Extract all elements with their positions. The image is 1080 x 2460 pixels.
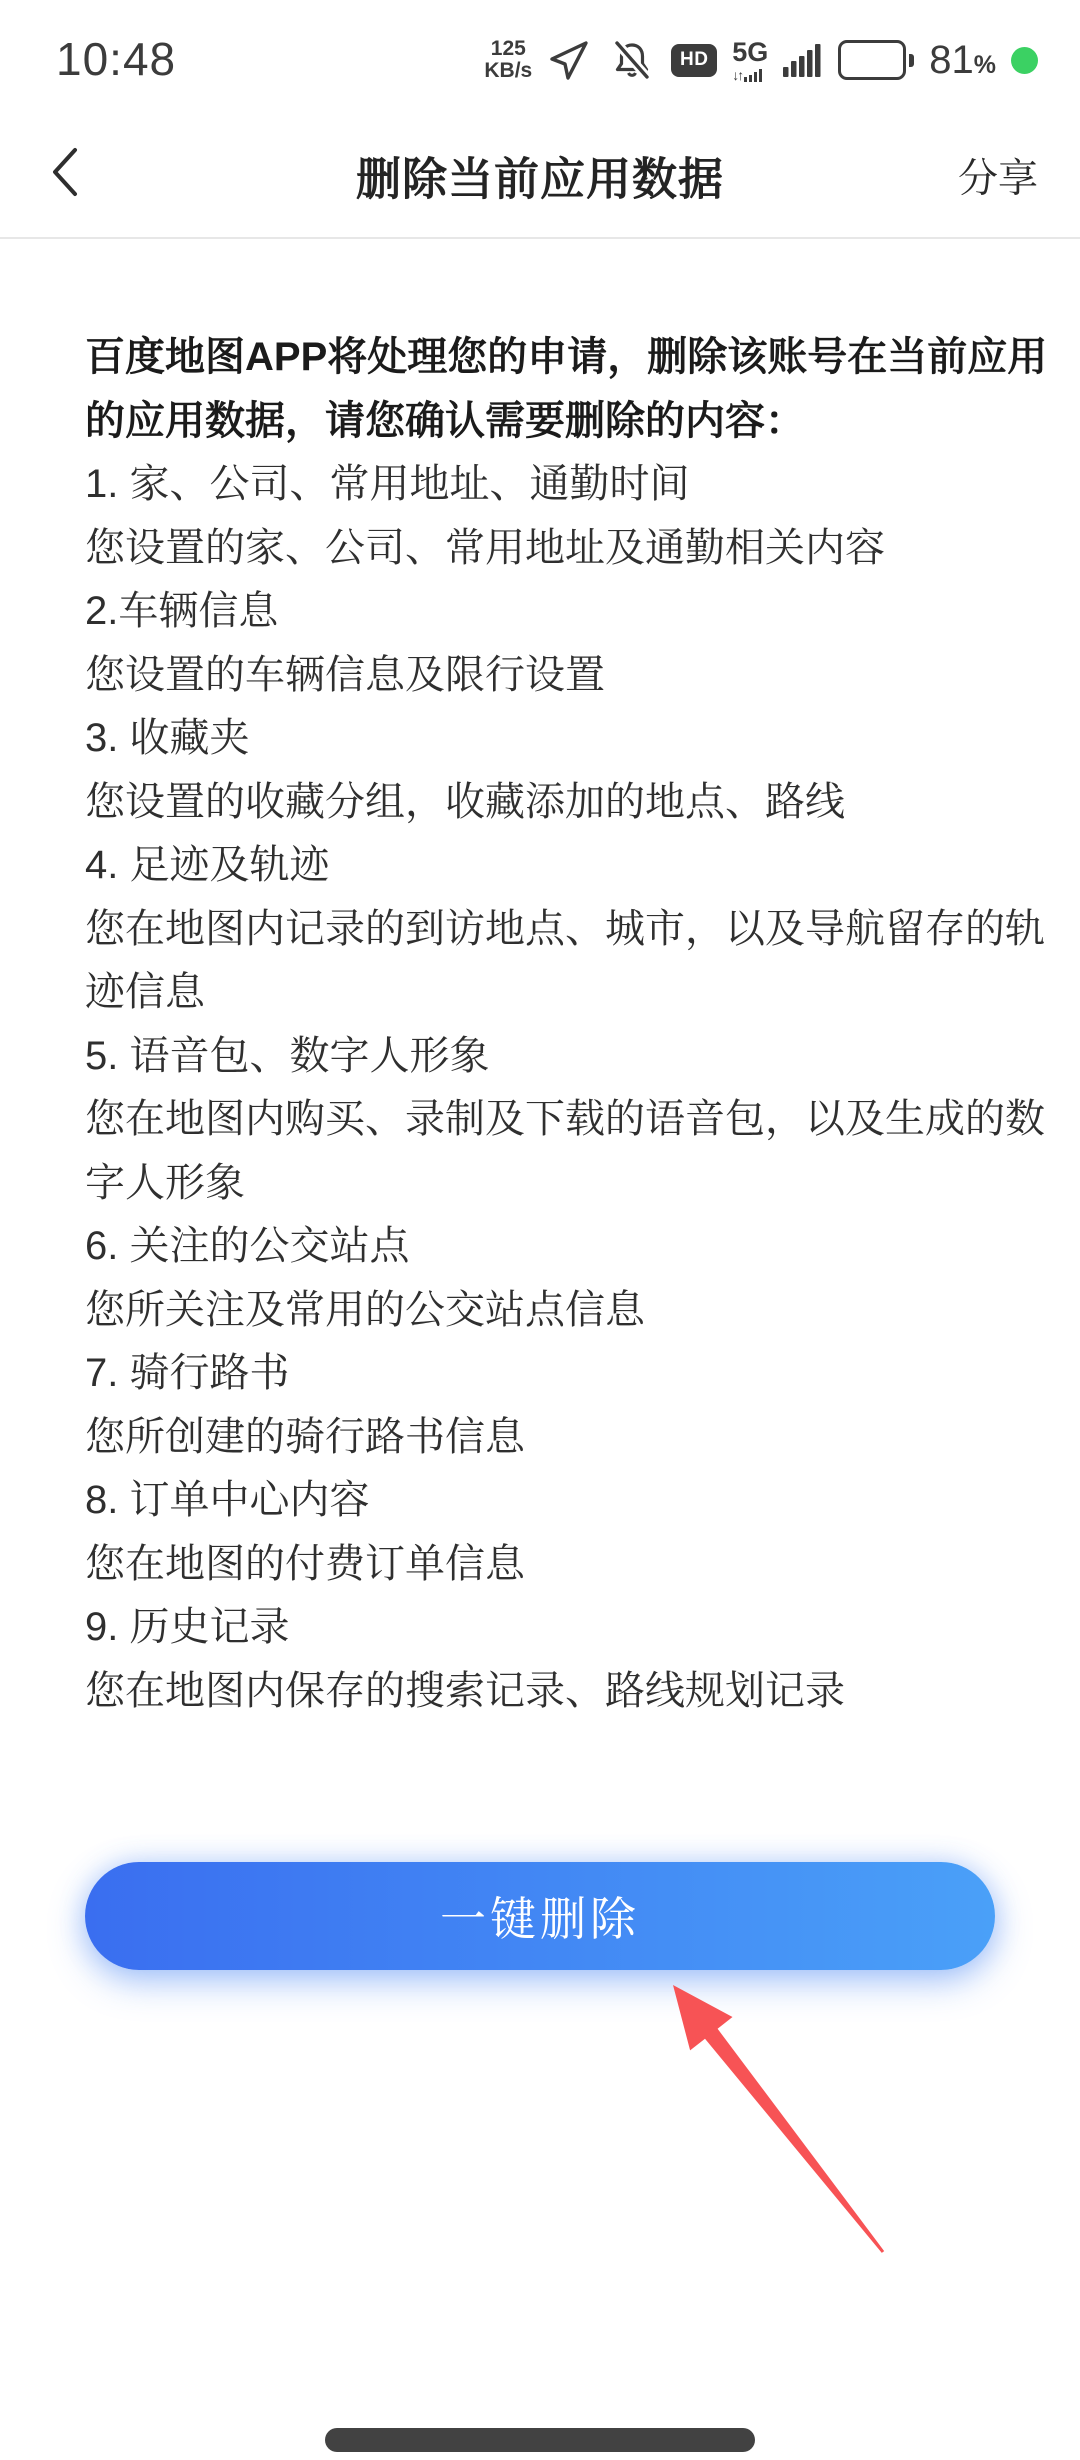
notifications-muted-icon [608,36,656,84]
body-line: 8. 订单中心内容 [85,1469,1000,1533]
body-line: 百度地图APP将处理您的申请，删除该账号在当前应用 [85,326,1000,390]
data-activity-icon: ↓↑ [732,68,762,82]
page-title: 删除当前应用数据 [356,142,724,207]
body-line: 您在地图内记录的到访地点、城市，以及导航留存的轨 [85,898,1000,962]
body-line: 您在地图的付费订单信息 [85,1533,1000,1597]
network-type-block: 5G ↓↑ [732,39,768,82]
body-line: 您在地图内购买、录制及下载的语音包，以及生成的数 [85,1088,1000,1152]
body-line: 迹信息 [85,961,1000,1025]
hd-badge-icon: HD [671,44,717,77]
status-bar: 10:48 125 KB/s HD 5G [0,0,1080,112]
body-line: 您设置的收藏分组，收藏添加的地点、路线 [85,771,1000,835]
battery-percent: 81% [929,38,996,83]
clock: 10:48 [56,32,176,86]
delete-button[interactable]: 一键删除 [85,1862,995,1970]
signal-bars-icon [783,43,823,77]
body-line: 6. 关注的公交站点 [85,1215,1000,1279]
network-speed: 125 KB/s [484,38,532,82]
body-line: 2.车辆信息 [85,580,1000,644]
status-bar-right: 125 KB/s HD 5G ↓↑ [484,36,1038,84]
annotation-arrow [640,1960,920,2280]
body-line: 您设置的车辆信息及限行设置 [85,644,1000,708]
body-line: 4. 足迹及轨迹 [85,834,1000,898]
phone-screen: 10:48 125 KB/s HD 5G [0,0,1080,2460]
chevron-left-icon [47,145,81,204]
network-speed-unit: KB/s [484,60,532,82]
body-line: 您所创建的骑行路书信息 [85,1406,1000,1470]
body-line: 您设置的家、公司、常用地址及通勤相关内容 [85,517,1000,581]
nav-bar: 删除当前应用数据 分享 [0,112,1080,239]
recording-dot [1011,47,1038,74]
share-button[interactable]: 分享 [958,146,1038,203]
home-indicator[interactable] [325,2428,755,2452]
back-button[interactable] [44,145,84,205]
battery-icon [838,40,914,80]
body-line: 7. 骑行路书 [85,1342,1000,1406]
body-line: 1. 家、公司、常用地址、通勤时间 [85,453,1000,517]
network-type-label: 5G [732,39,768,66]
legal-text: 百度地图APP将处理您的申请，删除该账号在当前应用的应用数据，请您确认需要删除的… [85,326,1000,1723]
body-line: 3. 收藏夹 [85,707,1000,771]
network-speed-value: 125 [484,38,532,60]
body-line: 的应用数据，请您确认需要删除的内容： [85,390,1000,454]
body-line: 字人形象 [85,1152,1000,1216]
body-line: 9. 历史记录 [85,1596,1000,1660]
body-line: 您在地图内保存的搜索记录、路线规划记录 [85,1660,1000,1724]
body-line: 5. 语音包、数字人形象 [85,1025,1000,1089]
body-line: 您所关注及常用的公交站点信息 [85,1279,1000,1343]
location-arrow-icon [547,37,593,83]
